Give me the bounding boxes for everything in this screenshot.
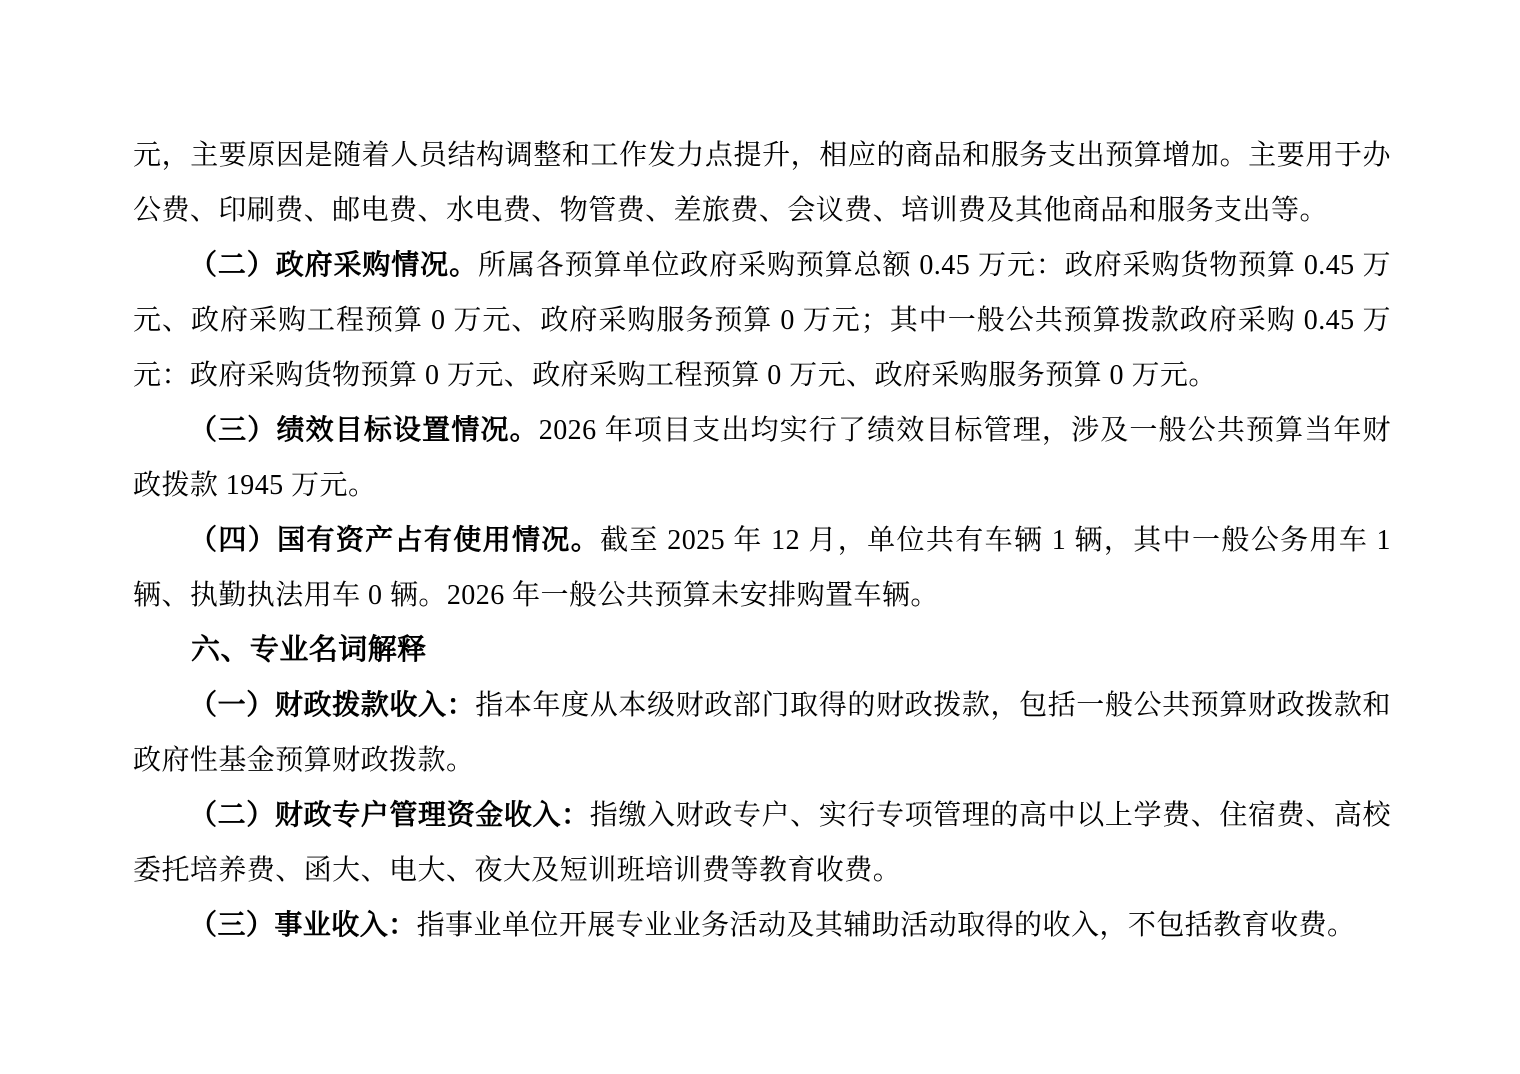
paragraph-term-fiscal-appropriation: （一）财政拨款收入：指本年度从本级财政部门取得的财政拨款，包括一般公共预算财政拨…	[133, 678, 1391, 788]
paragraph-lead: （二）政府采购情况。	[189, 250, 478, 281]
paragraph-lead: （四）国有资产占有使用情况。	[189, 525, 600, 556]
section-heading-terminology: 六、专业名词解释	[133, 623, 1391, 678]
document-page: 元，主要原因是随着人员结构调整和工作发力点提升，相应的商品和服务支出预算增加。主…	[0, 0, 1520, 1074]
document-content: 元，主要原因是随着人员结构调整和工作发力点提升，相应的商品和服务支出预算增加。主…	[133, 128, 1391, 953]
paragraph-text: 指事业单位开展专业业务活动及其辅助活动取得的收入，不包括教育收费。	[417, 910, 1356, 941]
paragraph-lead: （一）财政拨款收入：	[189, 690, 475, 721]
paragraph-lead: （二）财政专户管理资金收入：	[189, 800, 590, 831]
paragraph-lead: （三）绩效目标设置情况。	[189, 415, 539, 446]
paragraph-text: 元，主要原因是随着人员结构调整和工作发力点提升，相应的商品和服务支出预算增加。主…	[133, 140, 1391, 226]
paragraph-goods-services-expense: 元，主要原因是随着人员结构调整和工作发力点提升，相应的商品和服务支出预算增加。主…	[133, 128, 1391, 238]
paragraph-term-special-account-funds: （二）财政专户管理资金收入：指缴入财政专户、实行专项管理的高中以上学费、住宿费、…	[133, 788, 1391, 898]
paragraph-performance-targets: （三）绩效目标设置情况。2026 年项目支出均实行了绩效目标管理，涉及一般公共预…	[133, 403, 1391, 513]
paragraph-gov-procurement: （二）政府采购情况。所属各预算单位政府采购预算总额 0.45 万元：政府采购货物…	[133, 238, 1391, 403]
paragraph-state-assets: （四）国有资产占有使用情况。截至 2025 年 12 月，单位共有车辆 1 辆，…	[133, 513, 1391, 623]
paragraph-term-institutional-income: （三）事业收入：指事业单位开展专业业务活动及其辅助活动取得的收入，不包括教育收费…	[133, 898, 1391, 953]
paragraph-lead: （三）事业收入：	[189, 910, 417, 941]
